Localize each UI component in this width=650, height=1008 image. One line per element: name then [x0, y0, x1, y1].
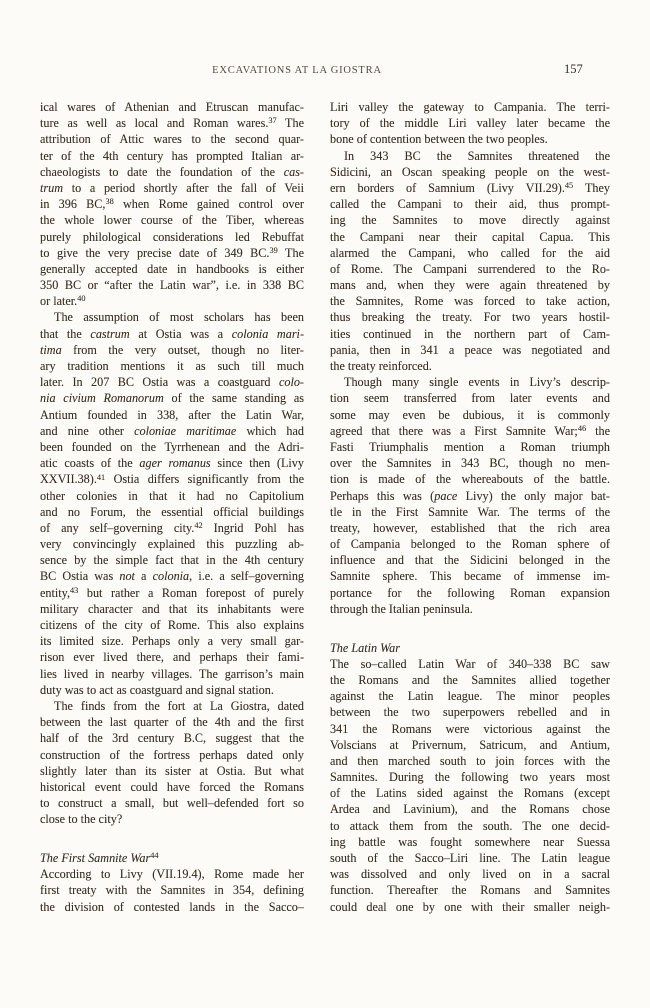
text-line: pania, then in 341 a peace was negotiate… — [330, 342, 610, 358]
text-line: Perhaps this was (pace Livy) the only ma… — [330, 488, 610, 504]
footnote-reference: 37 — [268, 116, 276, 125]
text-line: generally accepted date in handbooks is … — [40, 261, 304, 277]
text-line: against the Latin league. The minor peop… — [330, 688, 610, 704]
text-line: tory of the middle Liri valley later bec… — [330, 115, 610, 131]
text-line: influence and that the Sidicini belonged… — [330, 552, 610, 568]
text-line: rison ever lived there, and perhaps thei… — [40, 649, 304, 665]
text-line: duty was to act as coastguard and signal… — [40, 682, 304, 698]
text-line: Antium founded in 338, after the Latin W… — [40, 407, 304, 423]
text-line: called the Campani to their aid, thus pr… — [330, 196, 610, 212]
footnote-reference: 44 — [150, 851, 158, 860]
running-head-title: EXCAVATIONS AT LA GIOSTRA — [84, 65, 510, 76]
text-line: thus breaking the treaty. For two years … — [330, 309, 610, 325]
text-line: BC Ostia was not a colonia, i.e. a self–… — [40, 568, 304, 584]
text-line: that the castrum at Ostia was a colonia … — [40, 326, 304, 342]
text-line: The so–called Latin War of 340–338 BC sa… — [330, 656, 610, 672]
text-line: ture as well as local and Roman wares.37… — [40, 115, 304, 131]
section-heading: The Latin War — [330, 640, 610, 656]
text-line: slightly later than its sister at Ostia.… — [40, 763, 304, 779]
text-line: Samnite sphere. This became of immense i… — [330, 568, 610, 584]
text-line: portance for the following Roman expansi… — [330, 585, 610, 601]
text-line: chaeologists to date the foundation of t… — [40, 164, 304, 180]
text-line: 350 BC or “after the Latin war”, i.e. in… — [40, 277, 304, 293]
text-line: tion seem transferred from later events … — [330, 390, 610, 406]
text-line: to construct a small, but well–defended … — [40, 795, 304, 811]
text-line: ical wares of Athenian and Etruscan manu… — [40, 99, 304, 115]
text-line: function. Thereafter the Romans and Samn… — [330, 882, 610, 898]
text-line: Fasti Triumphalis mention a Roman triump… — [330, 439, 610, 455]
text-line: lies lived in nearby villages. The garri… — [40, 666, 304, 682]
text-line: very convincingly explained this puzzlin… — [40, 536, 304, 552]
text-line: ing battle was fought somewhere near Sue… — [330, 834, 610, 850]
text-line: 341 the Romans were victorious against t… — [330, 721, 610, 737]
text-line: nia civium Romanorum of the same standin… — [40, 390, 304, 406]
text-line: alarmed the Campani, who called for the … — [330, 245, 610, 261]
text-line: entity,43 but rather a Roman forepost of… — [40, 585, 304, 601]
text-line: construction of the fortress perhaps dat… — [40, 747, 304, 763]
text-line: tle in the First Samnite War. The terms … — [330, 504, 610, 520]
footnote-reference: 38 — [105, 197, 113, 206]
text-line: close to the city? — [40, 811, 304, 827]
section-heading: The First Samnite War44 — [40, 850, 304, 866]
text-line: was dissolved and only lived on in a sac… — [330, 866, 610, 882]
footnote-reference: 41 — [97, 473, 105, 482]
paragraph-gap — [330, 617, 610, 640]
text-line: or later.40 — [40, 293, 304, 309]
text-line: south of the Sacco–Liri line. The Latin … — [330, 850, 610, 866]
text-line: the Romans and the Samnites allied toget… — [330, 672, 610, 688]
text-line: atic coasts of the ager romanus since th… — [40, 455, 304, 471]
text-line: and no Forum, the essential official bui… — [40, 504, 304, 520]
text-line: sence by the simple fact that in the 4th… — [40, 552, 304, 568]
footnote-reference: 43 — [70, 586, 78, 595]
text-line: half of the 3rd century B.C, suggest tha… — [40, 730, 304, 746]
text-line: trum to a period shortly after the fall … — [40, 180, 304, 196]
text-line: between the two superpowers rebelled and… — [330, 704, 610, 720]
text-line: XXVII.38).41 Ostia differs significantly… — [40, 471, 304, 487]
text-line: mans and, when they were again threatene… — [330, 277, 610, 293]
footnote-reference: 42 — [194, 521, 202, 530]
text-line: of Rome. The Campani surrendered to the … — [330, 261, 610, 277]
text-line: been founded on the Tyrrhenean and the A… — [40, 439, 304, 455]
text-line: to attack them from the south. The one d… — [330, 818, 610, 834]
text-line: bone of contention between the two peopl… — [330, 131, 610, 147]
text-line: the Samnites, Rome was forced to take ac… — [330, 293, 610, 309]
text-line: citizens of the city of Rome. This also … — [40, 617, 304, 633]
text-line: first treaty with the Samnites in 354, d… — [40, 882, 304, 898]
text-line: tion is made of the whereabouts of the b… — [330, 471, 610, 487]
text-line: its limited size. Perhaps only a very sm… — [40, 633, 304, 649]
text-line: of Campania belonged to the Roman sphere… — [330, 536, 610, 552]
text-line: Volscians at Privernum, Satricum, and An… — [330, 737, 610, 753]
text-line: to give the very precise date of 349 BC.… — [40, 245, 304, 261]
text-line: ary tradition mentions it as such till m… — [40, 358, 304, 374]
text-line: through the Italian peninsula. — [330, 601, 610, 617]
text-line: between the last quarter of the 4th and … — [40, 714, 304, 730]
text-line: ing the Samnites to move directly agains… — [330, 212, 610, 228]
text-line: other colonies in that it had no Capitol… — [40, 488, 304, 504]
text-line: ern borders of Samnium (Livy VII.29).45 … — [330, 180, 610, 196]
text-line: In 343 BC the Samnites threatened the — [330, 148, 610, 164]
text-line: could deal one by one with their smaller… — [330, 899, 610, 915]
text-line: the treaty reinforced. — [330, 358, 610, 374]
text-line: and nine other coloniae maritimae which … — [40, 423, 304, 439]
scanned-paper-page: EXCAVATIONS AT LA GIOSTRA 157 ical wares… — [0, 0, 650, 1008]
text-line: Samnites. During the following two years… — [330, 769, 610, 785]
text-line: According to Livy (VII.19.4), Rome made … — [40, 866, 304, 882]
text-line: purely philological considerations led R… — [40, 229, 304, 245]
text-line: ities continued in the northern part of … — [330, 326, 610, 342]
text-line: Sidicini, an Oscan speaking people on th… — [330, 164, 610, 180]
left-text-column: ical wares of Athenian and Etruscan manu… — [40, 99, 304, 915]
text-line: Liri valley the gateway to Campania. The… — [330, 99, 610, 115]
text-line: over the Samnites in 343 BC, though no m… — [330, 455, 610, 471]
text-line: military character and that its inhabita… — [40, 601, 304, 617]
text-line: of the Latins sided against the Romans (… — [330, 785, 610, 801]
footnote-reference: 45 — [565, 181, 573, 190]
text-line: Though many single events in Livy’s desc… — [330, 374, 610, 390]
paragraph-gap — [40, 827, 304, 850]
text-line: agreed that there was a First Samnite Wa… — [330, 423, 610, 439]
text-line: The finds from the fort at La Giostra, d… — [40, 698, 304, 714]
text-line: in 396 BC,38 when Rome gained control ov… — [40, 196, 304, 212]
text-line: Ardea and Lavinium), and the Romans chos… — [330, 801, 610, 817]
footnote-reference: 39 — [269, 246, 277, 255]
text-line: treaty, however, established that the ri… — [330, 520, 610, 536]
text-line: attribution of Attic wares to the second… — [40, 131, 304, 147]
text-line: the whole lower course of the Tiber, whe… — [40, 212, 304, 228]
text-line: The assumption of most scholars has been — [40, 309, 304, 325]
right-text-column: Liri valley the gateway to Campania. The… — [330, 99, 610, 915]
text-line: some may even be dubious, it is commonly — [330, 407, 610, 423]
text-line: and then marched south to join forces wi… — [330, 753, 610, 769]
text-line: the division of contested lands in the S… — [40, 899, 304, 915]
footnote-reference: 46 — [578, 424, 586, 433]
text-line: historical event could have forced the R… — [40, 779, 304, 795]
text-line: ter of the 4th century has prompted Ital… — [40, 148, 304, 164]
footnote-reference: 40 — [77, 294, 85, 303]
text-line: later. In 207 BC Ostia was a coastguard … — [40, 374, 304, 390]
text-line: the Campani near their capital Capua. Th… — [330, 229, 610, 245]
text-line: tima from the very outset, though no lit… — [40, 342, 304, 358]
text-line: of any self–governing city.42 Ingrid Poh… — [40, 520, 304, 536]
page-number: 157 — [564, 62, 604, 77]
